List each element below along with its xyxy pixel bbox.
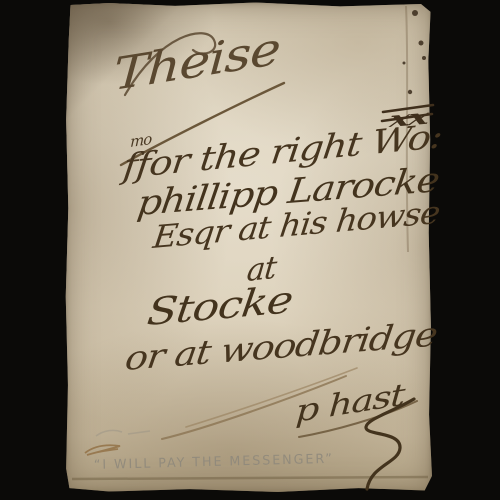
ink-speck <box>422 56 426 60</box>
fold-line <box>72 477 428 479</box>
pencil-annotation: “I WILL PAY THE MESSENGER” <box>94 452 334 473</box>
ink-speck <box>403 62 406 65</box>
photo-background: Theise mo xx ffor the right Wo: phillipp… <box>0 0 500 500</box>
ink-speck <box>412 10 418 16</box>
ink-speck <box>408 90 412 94</box>
ink-scribble <box>85 445 120 455</box>
address-line-5: Stocke <box>145 277 295 334</box>
handwriting-layer: Theise mo xx ffor the right Wo: phillipp… <box>0 0 500 500</box>
pencil-scribble <box>96 430 150 436</box>
docket-text: Theise <box>112 23 281 101</box>
ink-speck <box>419 41 424 46</box>
